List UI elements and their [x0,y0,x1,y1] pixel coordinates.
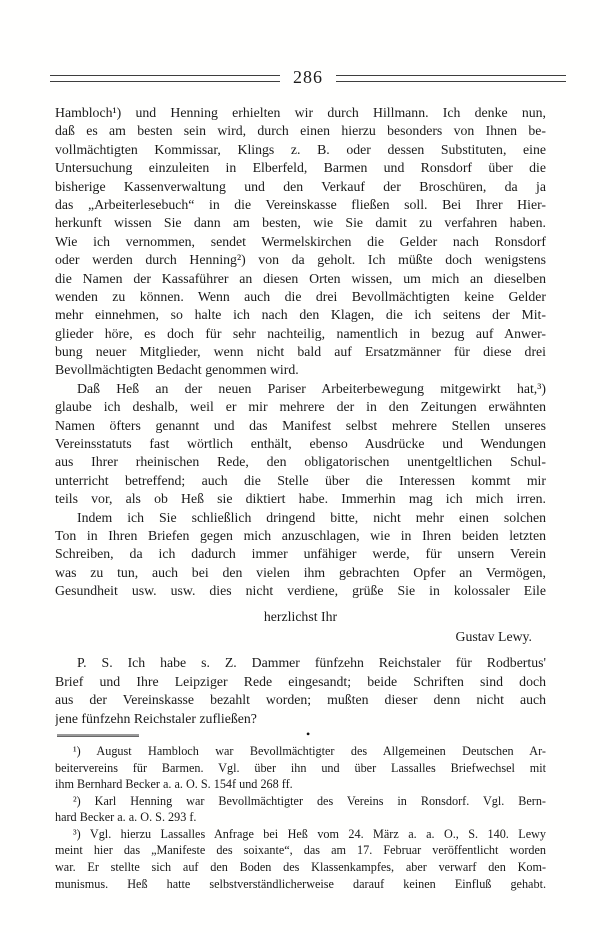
page-header: 286 [50,68,566,88]
text-line: Indem ich Sie schließlich dringend bitte… [55,509,546,527]
header-rule-right [336,75,566,82]
postscript: P. S. Ich habe s. Z. Dammer fünfzehn Rei… [55,654,546,728]
text-line: bisherige Kassenverwaltung und den Verka… [55,178,546,196]
text-line: bung neuer Mitglieder, wenn nicht bald a… [55,343,546,361]
text-line: daß es am besten sein wird, durch einen … [55,122,546,140]
section-divider-dot: • [306,728,310,740]
text-line: Ton in Ihren Briefen gegen mich anzuschl… [55,527,546,545]
text-line: ihm Bernhard Becker a. a. O. S. 154f und… [55,776,546,793]
text-line: munismus. Heß hatte selbstverständlicher… [55,876,546,893]
text-line: was zu tun, auch bei den vielen ihm gebr… [55,564,546,582]
paragraph: ¹) August Hambloch war Bevollmächtigter … [55,743,546,793]
text-line: das „Arbeiterlesebuch“ in die Vereinskas… [55,196,546,214]
text-line: beitervereins für Barmen. Vgl. über ihn … [55,760,546,777]
text-line: ¹) August Hambloch war Bevollmächtigter … [55,743,546,760]
text-line: Hambloch¹) und Henning erhielten wir dur… [55,104,546,122]
text-line: jene fünfzehn Reichstaler zufließen? [55,710,546,728]
text-line: glieder höre, es doch für sehr nachteili… [55,325,546,343]
letter-signature: Gustav Lewy. [55,628,546,646]
letter-closing: herzlichst Ihr [55,608,546,626]
text-line: mehr einnehmen, so halte ich nach den Kl… [55,306,546,324]
text-line: Gesundheit usw. usw. dies nicht verdiene… [55,582,546,600]
text-line: herkunft wissen Sie dann am besten, wie … [55,214,546,232]
text-line: war. Er stellte sich auf den Boden des K… [55,859,546,876]
book-page: 286 Hambloch¹) und Henning erhielten wir… [0,0,600,933]
text-line: hard Becker a. a. O. S. 293 f. [55,809,546,826]
text-line: Vereinsstatuts fast wörtlich enthält, eb… [55,435,546,453]
text-line: Untersuchung einzuleiten in Elberfeld, B… [55,159,546,177]
footnotes: ¹) August Hambloch war Bevollmächtigter … [55,743,546,892]
footnote-separator: • [55,729,546,741]
paragraph: ²) Karl Henning war Bevollmächtigter des… [55,793,546,826]
text-line: aus der Vereinskasse bezahlt worden; muß… [55,691,546,709]
text-line: aus Ihrer rheinischen Rede, den obligato… [55,453,546,471]
text-line: unterricht betreffend; auch die Stelle ü… [55,472,546,490]
text-line: Daß Heß an der neuen Pariser Arbeiterbew… [55,380,546,398]
text-line: glaube ich deshalb, weil er mir mehrere … [55,398,546,416]
paragraph: Hambloch¹) und Henning erhielten wir dur… [55,104,546,380]
text-line: Namen öfters genannt und das Manifest se… [55,417,546,435]
text-line: vollmächtigten Kommissar, Klings z. B. o… [55,141,546,159]
text-line: Schreiben, da ich dadurch immer unfähige… [55,545,546,563]
paragraph: P. S. Ich habe s. Z. Dammer fünfzehn Rei… [55,654,546,728]
page-number: 286 [280,68,336,86]
letter-text: Hambloch¹) und Henning erhielten wir dur… [55,104,546,601]
text-line: P. S. Ich habe s. Z. Dammer fünfzehn Rei… [55,654,546,672]
paragraph: Daß Heß an der neuen Pariser Arbeiterbew… [55,380,546,509]
text-line: ²) Karl Henning war Bevollmächtigter des… [55,793,546,810]
text-line: meint hier das „Manifeste des soixante“,… [55,842,546,859]
text-line: ³) Vgl. hierzu Lassalles Anfrage bei Heß… [55,826,546,843]
page-content: Hambloch¹) und Henning erhielten wir dur… [55,104,546,892]
text-line: die Namen der Kassaführer an diesen Orte… [55,270,546,288]
text-line: oder werden durch Henning²) von da gehol… [55,251,546,269]
footnote-separator-rule [57,734,139,737]
text-line: Wie ich vernommen, sendet Wermelskirchen… [55,233,546,251]
text-line: Brief und Ihre Leipziger Rede eingesandt… [55,673,546,691]
text-line: wenden zu können. Wenn auch die drei Bev… [55,288,546,306]
text-line: Bevollmächtigten Bedacht genommen wird. [55,361,546,379]
paragraph: Indem ich Sie schließlich dringend bitte… [55,509,546,601]
header-rule-left [50,75,280,82]
paragraph: ³) Vgl. hierzu Lassalles Anfrage bei Heß… [55,826,546,892]
text-line: teils vor, als ob Heß sie diktiert habe.… [55,490,546,508]
